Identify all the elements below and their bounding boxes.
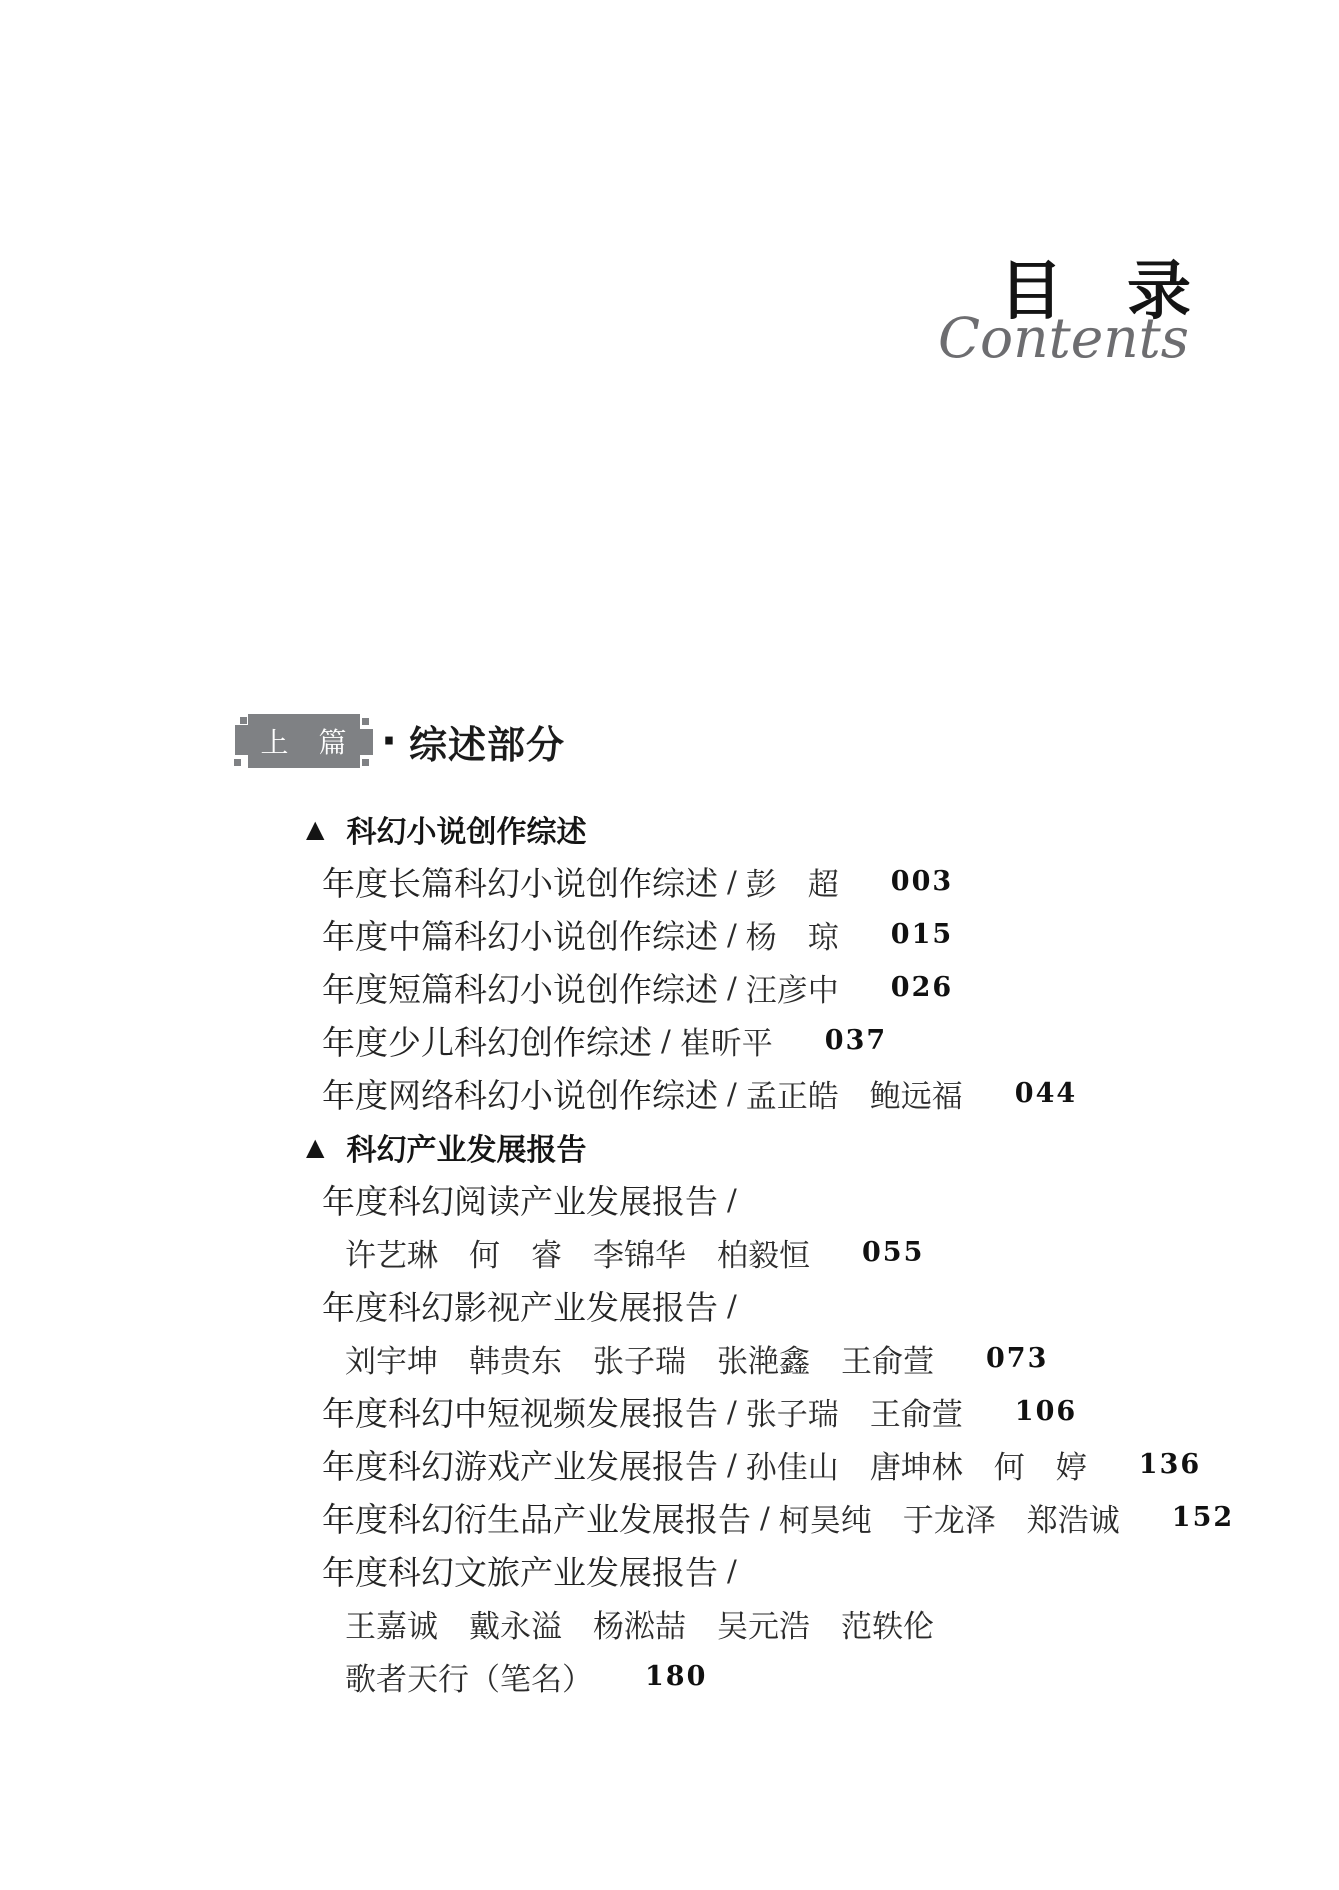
entry-page-number: 044	[1015, 1078, 1077, 1109]
toc-entry-authors-line: 歌者天行（笔名） 180	[0, 1650, 1339, 1703]
entry-title: 年度网络科幻小说创作综述	[322, 1070, 718, 1117]
entry-separator: /	[727, 1554, 737, 1588]
entry-separator: /	[727, 865, 737, 899]
toc-entry-authors-line: 王嘉诚 戴永溢 杨淞喆 吴元浩 范轶伦	[0, 1597, 1339, 1650]
banner-title: 综述部分	[409, 714, 565, 769]
toc-entry: 年度长篇科幻小说创作综述 / 彭 超 003	[0, 855, 1339, 908]
entry-authors: 张子瑞 王俞萱	[746, 1389, 963, 1434]
entry-separator: /	[661, 1024, 671, 1058]
toc-entry-authors-line: 刘宇坤 韩贵东 张子瑞 张滟鑫 王俞萱 073	[0, 1332, 1339, 1385]
section-header: ▲ 科幻产业发展报告	[0, 1120, 1339, 1173]
entry-separator: /	[760, 1501, 770, 1535]
entry-page-number: 073	[986, 1343, 1048, 1374]
entry-authors: 崔昕平	[680, 1018, 773, 1063]
entry-separator: /	[727, 1395, 737, 1429]
entry-authors: 彭 超	[746, 859, 839, 904]
entry-separator: /	[727, 1448, 737, 1482]
entry-authors: 许艺琳 何 睿 李锦华 柏毅恒	[345, 1230, 810, 1275]
table-of-contents: ▲ 科幻小说创作综述 年度长篇科幻小说创作综述 / 彭 超 003 年度中篇科幻…	[0, 802, 1339, 1703]
section-title: 科幻产业发展报告	[346, 1125, 586, 1169]
entry-title: 年度少儿科幻创作综述	[322, 1017, 652, 1064]
entry-separator: /	[727, 1289, 737, 1323]
toc-entry: 年度科幻游戏产业发展报告 / 孙佳山 唐坤林 何 婷 136	[0, 1438, 1339, 1491]
entry-authors: 汪彦中	[746, 965, 839, 1010]
toc-entry: 年度科幻文旅产业发展报告 /	[0, 1544, 1339, 1597]
badge-pixel-icon	[240, 717, 247, 724]
entry-title: 年度短篇科幻小说创作综述	[322, 964, 718, 1011]
toc-entry: 年度科幻影视产业发展报告 /	[0, 1279, 1339, 1332]
page-header: 目 录 Contents	[938, 258, 1191, 366]
entry-authors: 孟正皓 鲍远福	[746, 1071, 963, 1116]
entry-page-number: 106	[1015, 1396, 1077, 1427]
toc-entry: 年度中篇科幻小说创作综述 / 杨 琼 015	[0, 908, 1339, 961]
part-badge: 上 篇	[248, 714, 360, 768]
entry-page-number: 152	[1172, 1502, 1234, 1533]
entry-authors: 杨 琼	[746, 912, 839, 957]
badge-pixel-icon	[234, 759, 241, 766]
entry-page-number: 026	[891, 972, 953, 1003]
entry-title: 年度科幻文旅产业发展报告	[322, 1547, 718, 1594]
toc-entry-authors-line: 许艺琳 何 睿 李锦华 柏毅恒 055	[0, 1226, 1339, 1279]
entry-page-number: 055	[862, 1237, 924, 1268]
entry-page-number: 180	[645, 1661, 707, 1692]
entry-page-number: 015	[891, 919, 953, 950]
badge-pixel-icon	[362, 759, 369, 766]
entry-page-number: 136	[1139, 1449, 1201, 1480]
entry-separator: /	[727, 1183, 737, 1217]
page-title-english: Contents	[938, 311, 1189, 366]
badge-pixel-icon	[362, 718, 369, 725]
entry-title: 年度科幻影视产业发展报告	[322, 1282, 718, 1329]
entry-authors: 柯昊纯 于龙泽 郑浩诚	[779, 1495, 1120, 1540]
entry-separator: /	[727, 971, 737, 1005]
toc-entry: 年度网络科幻小说创作综述 / 孟正皓 鲍远福 044	[0, 1067, 1339, 1120]
entry-separator: /	[727, 918, 737, 952]
entry-title: 年度科幻中短视频发展报告	[322, 1388, 718, 1435]
entry-authors: 孙佳山 唐坤林 何 婷	[746, 1442, 1087, 1487]
part-banner: 上 篇 · 综述部分	[235, 710, 565, 772]
entry-page-number: 003	[891, 866, 953, 897]
triangle-bullet-icon: ▲	[306, 1135, 324, 1159]
toc-entry: 年度科幻阅读产业发展报告 /	[0, 1173, 1339, 1226]
entry-separator: /	[727, 1077, 737, 1111]
toc-entry: 年度科幻中短视频发展报告 / 张子瑞 王俞萱 106	[0, 1385, 1339, 1438]
entry-title: 年度科幻游戏产业发展报告	[322, 1441, 718, 1488]
entry-title: 年度科幻阅读产业发展报告	[322, 1176, 718, 1223]
toc-entry: 年度科幻衍生品产业发展报告 / 柯昊纯 于龙泽 郑浩诚 152	[0, 1491, 1339, 1544]
section-title: 科幻小说创作综述	[346, 807, 586, 851]
entry-page-number: 037	[825, 1025, 887, 1056]
section-header: ▲ 科幻小说创作综述	[0, 802, 1339, 855]
triangle-bullet-icon: ▲	[306, 817, 324, 841]
entry-authors: 王嘉诚 戴永溢 杨淞喆 吴元浩 范轶伦	[345, 1601, 934, 1646]
entry-authors: 刘宇坤 韩贵东 张子瑞 张滟鑫 王俞萱	[345, 1336, 934, 1381]
entry-title: 年度中篇科幻小说创作综述	[322, 911, 718, 958]
toc-entry: 年度短篇科幻小说创作综述 / 汪彦中 026	[0, 961, 1339, 1014]
badge-label: 上 篇	[260, 721, 347, 761]
entry-title: 年度长篇科幻小说创作综述	[322, 858, 718, 905]
entry-title: 年度科幻衍生品产业发展报告	[322, 1494, 751, 1541]
toc-page: 目 录 Contents 上 篇 · 综述部分 ▲ 科幻小说创作综述 年度长篇科…	[0, 0, 1339, 1890]
banner-dot: ·	[381, 720, 397, 762]
toc-entry: 年度少儿科幻创作综述 / 崔昕平 037	[0, 1014, 1339, 1067]
entry-authors: 歌者天行（笔名）	[345, 1654, 593, 1699]
